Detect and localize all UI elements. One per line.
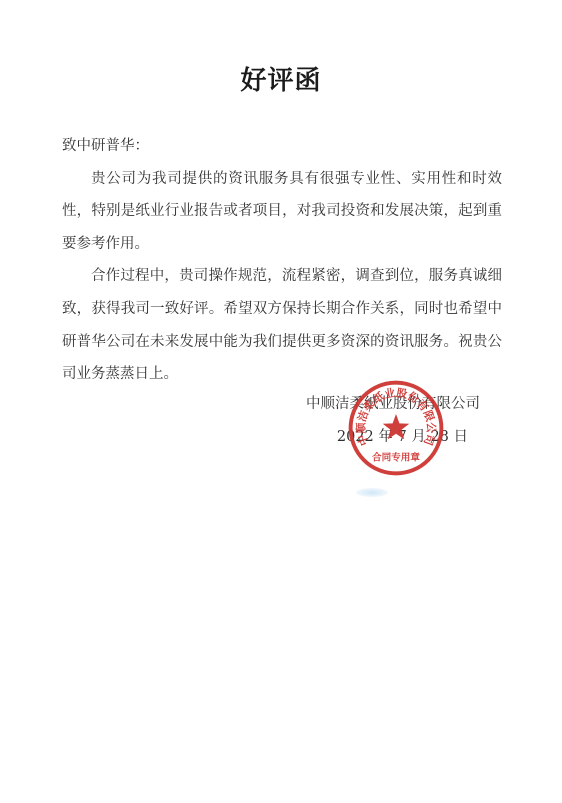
signature-date: 2022 年 7 月 28 日 <box>0 421 562 454</box>
seal-bottom-text: 合同专用章 <box>372 451 420 463</box>
paragraph-2: 合作过程中，贵司操作规范，流程紧密，调查到位，服务真诚细致，获得我司一致好评。希… <box>62 260 502 390</box>
paragraph-1: 贵公司为我司提供的资讯服务具有很强专业性、实用性和时效性，特别是纸业行业报告或者… <box>62 163 502 261</box>
signature-company-name: 中顺洁柔纸业股份有限公司 <box>0 388 562 421</box>
scan-artifact-smudge <box>356 488 388 497</box>
page-title: 好评函 <box>0 60 562 97</box>
seal-star-icon <box>383 414 410 439</box>
letter-body: 致中研普华： 贵公司为我司提供的资讯服务具有很强专业性、实用性和时效性，特别是纸… <box>62 130 502 391</box>
signature-block: 中顺洁柔纸业股份有限公司 2022 年 7 月 28 日 <box>0 388 562 453</box>
salutation: 致中研普华： <box>62 130 502 163</box>
company-seal-stamp: 中顺洁柔纸业股份有限公司 合同专用章 <box>348 380 444 476</box>
letter-page: 好评函 致中研普华： 贵公司为我司提供的资讯服务具有很强专业性、实用性和时效性，… <box>0 0 562 803</box>
